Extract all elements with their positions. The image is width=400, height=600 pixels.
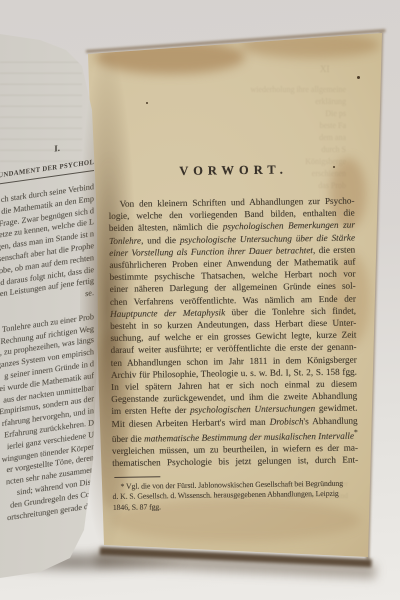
gutter-shadow-core xyxy=(96,150,122,480)
page-title: VORWORT. xyxy=(108,162,354,180)
ghost-page-number: XI xyxy=(320,64,330,74)
paper-speck xyxy=(146,102,148,104)
book-photograph: XI wiederholung ihre allgemeineerklärung… xyxy=(0,0,400,600)
running-head: UF DAS FUNDAMENT DER PSYCHOL xyxy=(0,159,87,184)
body-text: Von den kleinern Schriften und Abhandlun… xyxy=(108,195,358,470)
ghost-line: dem ana xyxy=(228,132,346,144)
ghost-line: Die ps xyxy=(228,108,346,120)
ghost-line: beste Fa xyxy=(228,120,346,132)
paper-speck xyxy=(357,76,360,79)
ghost-line: erklärung xyxy=(228,96,346,108)
ghost-line: durch S xyxy=(228,144,346,156)
right-page-content: VORWORT. Von den kleinern Schriften und … xyxy=(108,162,359,514)
body-line: thematischen Psychologie bis jetzt gelun… xyxy=(112,454,358,470)
ghost-line: wiederholung ihre allgemeine xyxy=(228,84,346,96)
footnote: * Vgl. die von der Fürstl. Jablonowskisc… xyxy=(112,478,358,514)
